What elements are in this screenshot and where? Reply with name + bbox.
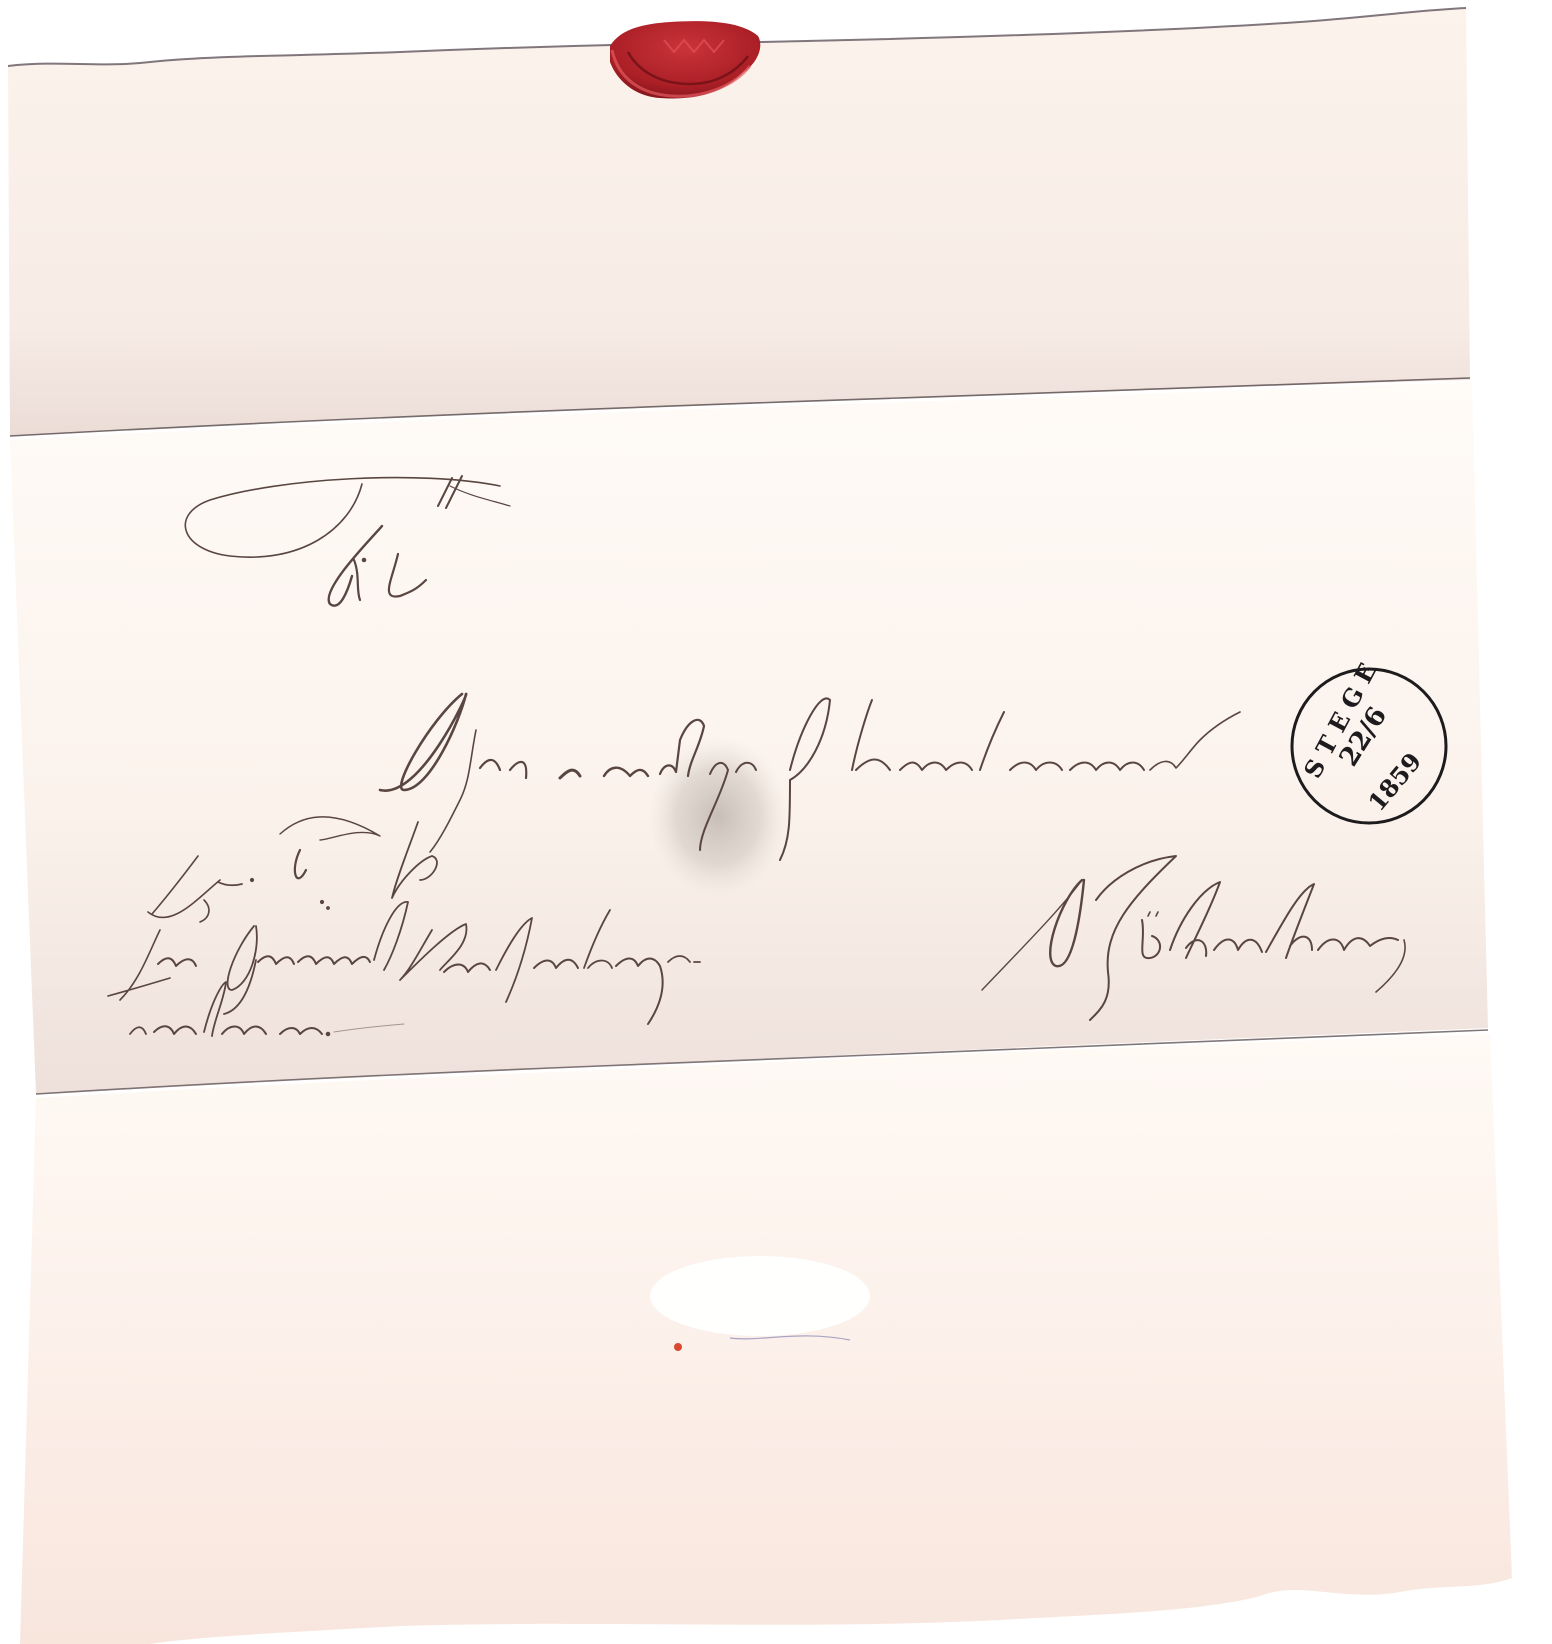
ink-smudge [648,736,788,896]
fold-panel-bottom [20,1034,1512,1644]
paper-damage-mark [650,1256,870,1336]
fold-panel-middle [10,382,1488,1094]
letter-scan: S T E G E 22/6 1859 [0,0,1552,1644]
